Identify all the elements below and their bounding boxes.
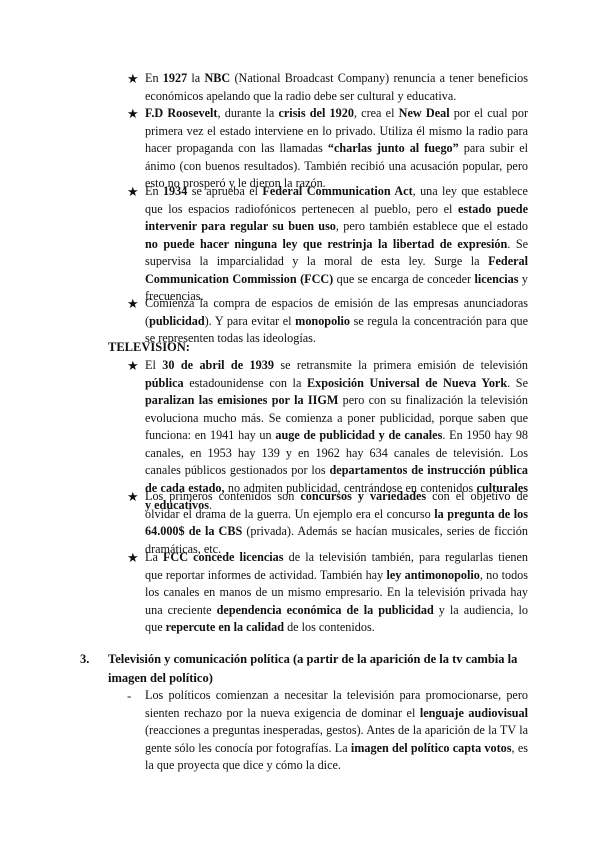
- star-bullet-icon: ★: [127, 183, 141, 201]
- text-run: de los contenidos.: [284, 620, 375, 634]
- dash-bullet-icon: -: [127, 687, 141, 705]
- text-run: , durante la: [217, 106, 278, 120]
- bold-text: auge de publicidad y de canales: [275, 428, 442, 442]
- bold-text: 1934: [163, 184, 187, 198]
- bold-text: repercute en la calidad: [166, 620, 284, 634]
- bold-text: imagen del político capta votos: [351, 741, 512, 755]
- bold-text: concursos y variedades: [300, 489, 426, 503]
- bold-text: dependencia económica de la publicidad: [217, 603, 434, 617]
- document-page: ★ En 1927 la NBC (National Broadcast Com…: [0, 0, 600, 848]
- item-text: F.D Roosevelt, durante la crisis del 192…: [145, 105, 528, 193]
- item-text: En 1934 se aprueba el Federal Communicat…: [145, 183, 528, 306]
- list-item-nbc-1927: ★ En 1927 la NBC (National Broadcast Com…: [127, 70, 528, 105]
- bold-text: no puede hacer ninguna ley que restrinja…: [145, 237, 507, 251]
- text-run: ). Y para evitar el: [205, 314, 296, 328]
- bold-text: crisis del 1920: [278, 106, 353, 120]
- text-run: estadounidense con la: [184, 376, 307, 390]
- bold-text: publicidad: [149, 314, 205, 328]
- bold-text: lenguaje audiovisual: [420, 706, 528, 720]
- list-item-primeros-contenidos: ★ Los primeros contenidos son concursos …: [127, 488, 528, 558]
- item-text: Comienza la compra de espacios de emisió…: [145, 295, 528, 348]
- bold-text: Exposición Universal de Nueva York: [307, 376, 507, 390]
- bold-text: 30 de abril de 1939: [162, 358, 274, 372]
- text-run: , pero también establece que el estado: [336, 219, 528, 233]
- heading-number: 3.: [80, 650, 89, 669]
- star-bullet-icon: ★: [127, 549, 141, 567]
- text-run: Los primeros contenidos son: [145, 489, 300, 503]
- bold-text: “charlas junto al fuego”: [328, 141, 459, 155]
- bold-text: NBC: [204, 71, 230, 85]
- list-item-federal-communication-act: ★ En 1934 se aprueba el Federal Communic…: [127, 183, 528, 306]
- bold-text: ley antimonopolio: [386, 568, 479, 582]
- text-run: que se encarga de conceder: [333, 272, 474, 286]
- text-run: . Se: [507, 376, 528, 390]
- bold-text: 1927: [163, 71, 187, 85]
- star-bullet-icon: ★: [127, 488, 141, 506]
- item-text: Los políticos comienzan a necesitar la t…: [145, 687, 528, 775]
- item-text: La FCC concede licencias de la televisió…: [145, 549, 528, 637]
- text-run: , crea el: [354, 106, 399, 120]
- text-run: En: [145, 71, 163, 85]
- bold-text: licencias: [475, 272, 519, 286]
- text-run: El: [145, 358, 162, 372]
- item-text: En 1927 la NBC (National Broadcast Compa…: [145, 70, 528, 105]
- bold-text: F.D Roosevelt: [145, 106, 217, 120]
- bold-text: monopolio: [295, 314, 350, 328]
- bold-text: paralizan las emisiones por la IIGM: [145, 393, 338, 407]
- bold-text: pública: [145, 376, 184, 390]
- bold-text: Federal Communication Act: [262, 184, 412, 198]
- list-item-fcc-licencias: ★ La FCC concede licencias de la televis…: [127, 549, 528, 637]
- star-bullet-icon: ★: [127, 357, 141, 375]
- text-run: se aprueba el: [187, 184, 262, 198]
- bold-text: New Deal: [399, 106, 450, 120]
- bold-text: FCC concede licencias: [163, 550, 284, 564]
- star-bullet-icon: ★: [127, 70, 141, 88]
- section-title-television: TELEVISIÓN:: [108, 339, 190, 356]
- text-run: la: [187, 71, 204, 85]
- item-text: Los primeros contenidos son concursos y …: [145, 488, 528, 558]
- heading-section-3: 3. Televisión y comunicación política (a…: [80, 650, 528, 688]
- text-run: En: [145, 184, 163, 198]
- list-item-roosevelt: ★ F.D Roosevelt, durante la crisis del 1…: [127, 105, 528, 193]
- text-run: La: [145, 550, 163, 564]
- text-run: se retransmite la primera emisión de tel…: [274, 358, 528, 372]
- list-item-politicos-television: - Los políticos comienzan a necesitar la…: [127, 687, 528, 775]
- star-bullet-icon: ★: [127, 295, 141, 313]
- star-bullet-icon: ★: [127, 105, 141, 123]
- heading-text: Televisión y comunicación política (a pa…: [108, 650, 528, 688]
